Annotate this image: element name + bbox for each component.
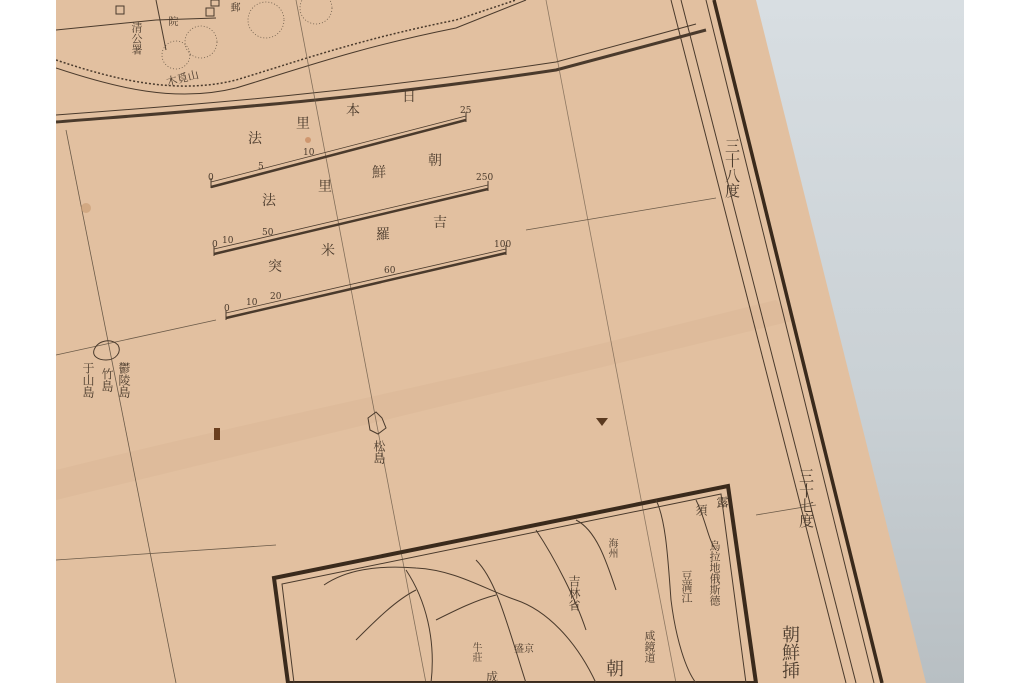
scale3-tick-100: 100 bbox=[494, 240, 511, 250]
inset-label-cheng: 成 bbox=[486, 668, 498, 683]
inset-title-fragment: 朝鮮揷 bbox=[776, 625, 802, 679]
scale2-char-1: 法 bbox=[262, 190, 276, 210]
scale2-char-3: 鮮 bbox=[372, 162, 386, 182]
inset-label-shengjing: 盛京 bbox=[514, 640, 534, 655]
scale3-tick-20: 20 bbox=[270, 292, 281, 302]
scale2-tick-0: 0 bbox=[212, 240, 218, 250]
label-office: 清公署 bbox=[128, 22, 144, 55]
label-matsushima: 松島 bbox=[371, 440, 388, 464]
inset-label-haizhou: 海州 bbox=[604, 538, 619, 558]
paper-shape bbox=[56, 0, 926, 683]
label-takeshima: 竹島 bbox=[99, 368, 116, 392]
scale1-tick-5: 5 bbox=[258, 162, 264, 172]
label-ulleungdo: 鬱陵島 bbox=[116, 362, 133, 398]
left-white-margin bbox=[0, 0, 56, 683]
scale3-tick-0: 0 bbox=[224, 304, 230, 314]
scale2-tick-50: 50 bbox=[262, 228, 273, 238]
scale3-tick-10: 10 bbox=[246, 298, 257, 308]
map-sheet: 清公署 木覓山 院 郵 法 里 本 日 0 5 10 25 法 里 鮮 朝 0 … bbox=[56, 0, 966, 683]
scale2-char-4: 朝 bbox=[428, 150, 442, 170]
scale1-char-1: 法 bbox=[248, 128, 262, 148]
scale1-tick-10: 10 bbox=[303, 148, 314, 158]
scale1-tick-0: 0 bbox=[208, 173, 214, 183]
scale3-tick-60: 60 bbox=[384, 266, 395, 276]
label-building-b: 郵 bbox=[226, 2, 241, 12]
inset-label-tumen: 豆満江 bbox=[678, 570, 694, 603]
scale1-char-2: 里 bbox=[296, 113, 310, 133]
scale2-char-2: 里 bbox=[318, 176, 332, 196]
scale3-char-1: 突 bbox=[268, 256, 282, 276]
scale3-char-2: 米 bbox=[321, 240, 335, 260]
inset-label-su: 須 bbox=[693, 504, 710, 516]
label-building-a: 院 bbox=[164, 16, 179, 26]
label-latitude-37: 三十七度 bbox=[796, 468, 817, 528]
inset-label-xianjing: 咸鏡道 bbox=[641, 630, 657, 663]
scale1-char-4: 日 bbox=[402, 86, 416, 106]
inset-label-vladivostok: 烏拉地俄斯德 bbox=[706, 540, 722, 606]
inset-label-jilin: 吉林省 bbox=[566, 575, 583, 611]
right-white-margin bbox=[964, 0, 1024, 683]
scale3-char-4: 吉 bbox=[433, 212, 447, 232]
scale2-tick-250: 250 bbox=[476, 173, 493, 183]
inset-label-niuzhuang: 牛莊 bbox=[468, 642, 483, 662]
label-latitude-38: 三十八度 bbox=[722, 138, 743, 198]
map-drawing bbox=[56, 0, 966, 683]
inset-label-chosen: 朝 bbox=[606, 655, 624, 681]
scale2-tick-10: 10 bbox=[222, 236, 233, 246]
scale3-char-3: 羅 bbox=[376, 224, 390, 244]
scale1-tick-25: 25 bbox=[460, 106, 471, 116]
inset-label-ro: 露 bbox=[714, 496, 731, 508]
scale1-char-3: 本 bbox=[346, 100, 360, 120]
label-ukisanto: 于山島 bbox=[80, 362, 97, 398]
